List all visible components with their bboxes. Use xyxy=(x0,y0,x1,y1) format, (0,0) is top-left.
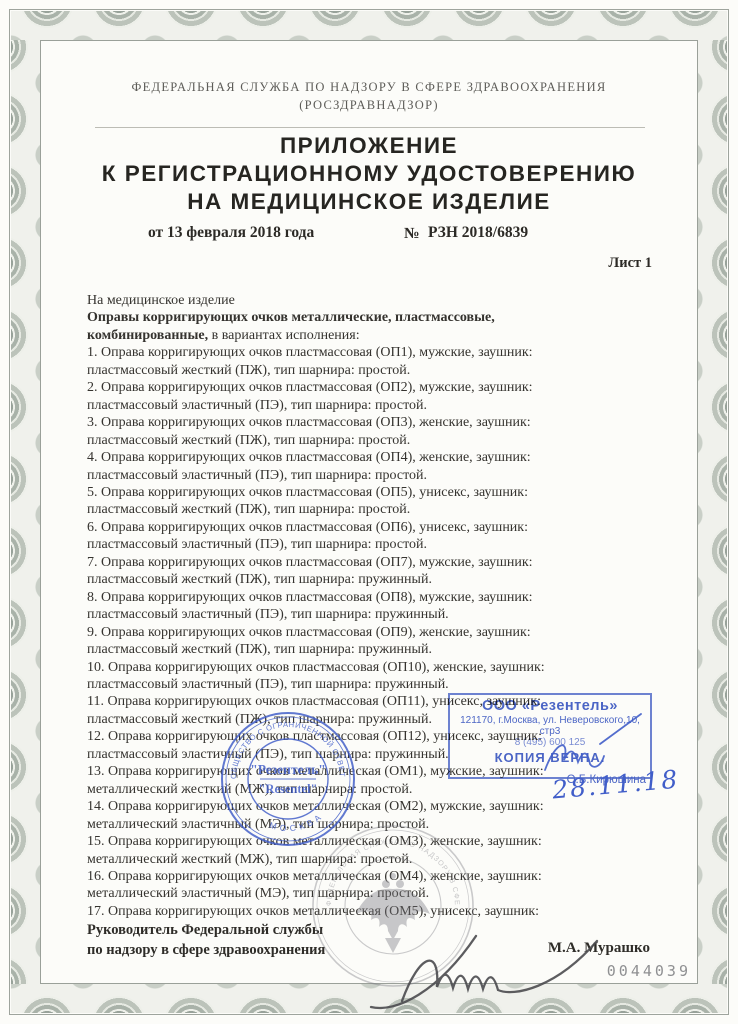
copy-certified-stamp: ООО «Резентель» 121170, г.Москва, ул. Не… xyxy=(448,693,652,779)
list-item: 10. Оправа корригирующих очков пластмасс… xyxy=(87,659,665,694)
list-item-line: пластмассовый эластичный (ПЭ), тип шарни… xyxy=(87,467,665,484)
document-body: На медицинское изделие Оправы корригирую… xyxy=(87,292,665,920)
list-item-line: 6. Оправа корригирующих очков пластмассо… xyxy=(87,519,665,536)
list-item-line: 8. Оправа корригирующих очков пластмассо… xyxy=(87,589,665,606)
body-intro: На медицинское изделие xyxy=(87,292,665,309)
stamp-company-name: ООО «Резентель» xyxy=(450,698,650,714)
border-guilloche-right xyxy=(698,11,727,1013)
issue-date: от 13 февраля 2018 года xyxy=(148,224,314,242)
list-item: 17. Оправа корригирующих очков металличе… xyxy=(87,903,665,920)
form-serial-number: 0044039 xyxy=(607,962,691,980)
list-item: 6. Оправа корригирующих очков пластмассо… xyxy=(87,519,665,554)
border-guilloche-left xyxy=(11,11,40,1013)
issuing-authority-line1: ФЕДЕРАЛЬНАЯ СЛУЖБА ПО НАДЗОРУ В СФЕРЕ ЗД… xyxy=(60,78,678,96)
list-item-line: пластмассовый жесткий (ПЖ), тип шарнира:… xyxy=(87,571,665,588)
stamp-copy-verna: КОПИЯ ВЕРНА. xyxy=(450,750,650,765)
list-item-line: 10. Оправа корригирующих очков пластмасс… xyxy=(87,659,665,676)
list-item-line: металлический эластичный (МЭ), тип шарни… xyxy=(87,816,665,833)
list-item: 1. Оправа корригирующих очков пластмассо… xyxy=(87,344,665,379)
signer-title-line2: по надзору в сфере здравоохранения xyxy=(87,941,325,961)
list-item-line: пластмассовый жесткий (ПЖ), тип шарнира:… xyxy=(87,641,665,658)
list-item: 9. Оправа корригирующих очков пластмассо… xyxy=(87,624,665,659)
list-item-line: пластмассовый эластичный (ПЭ), тип шарни… xyxy=(87,536,665,553)
list-item-line: 4. Оправа корригирующих очков пластмассо… xyxy=(87,449,665,466)
list-item: 15. Оправа корригирующих очков металличе… xyxy=(87,833,665,868)
scanned-certificate-page: ФЕДЕРАЛЬНАЯ СЛУЖБА ПО НАДЗОРУ В СФЕРЕ ЗД… xyxy=(0,0,738,1024)
list-item: 5. Оправа корригирующих очков пластмассо… xyxy=(87,484,665,519)
list-item-line: пластмассовый жесткий (ПЖ), тип шарнира:… xyxy=(87,501,665,518)
product-name-line2: комбинированные, в вариантах исполнения: xyxy=(87,327,665,344)
number-sign: № xyxy=(404,225,420,243)
document-title: ПРИЛОЖЕНИЕ К РЕГИСТРАЦИОННОМУ УДОСТОВЕРЕ… xyxy=(50,132,688,215)
document-title-line2: К РЕГИСТРАЦИОННОМУ УДОСТОВЕРЕНИЮ xyxy=(50,160,688,188)
list-item-line: 9. Оправа корригирующих очков пластмассо… xyxy=(87,624,665,641)
list-item-line: металлический жесткий (МЖ), тип шарнира:… xyxy=(87,851,665,868)
product-name-line1: Оправы корригирующих очков металлические… xyxy=(87,309,665,326)
document-title-line3: НА МЕДИЦИНСКОЕ ИЗДЕЛИЕ xyxy=(50,188,688,216)
sheet-number: Лист 1 xyxy=(608,255,652,272)
list-item: 16. Оправа корригирующих очков металличе… xyxy=(87,868,665,903)
list-item-line: 17. Оправа корригирующих очков металличе… xyxy=(87,903,665,920)
signer-title: Руководитель Федеральной службы по надзо… xyxy=(87,921,325,960)
list-item-line: пластмассовый жесткий (ПЖ), тип шарнира:… xyxy=(87,432,665,449)
list-item-line: 15. Оправа корригирующих очков металличе… xyxy=(87,833,665,850)
border-guilloche-bottom xyxy=(11,984,727,1013)
list-item-line: металлический эластичный (МЭ), тип шарни… xyxy=(87,885,665,902)
list-item-line: пластмассовый эластичный (ПЭ), тип шарни… xyxy=(87,676,665,693)
list-item-line: пластмассовый эластичный (ПЭ), тип шарни… xyxy=(87,397,665,414)
list-item: 7. Оправа корригирующих очков пластмассо… xyxy=(87,554,665,589)
stamp-address: 121170, г.Москва, ул. Неверовского,10, с… xyxy=(450,715,650,737)
list-item-line: 16. Оправа корригирующих очков металличе… xyxy=(87,868,665,885)
list-item-line: 5. Оправа корригирующих очков пластмассо… xyxy=(87,484,665,501)
product-name-bold: комбинированные, xyxy=(87,328,208,343)
list-item: 14. Оправа корригирующих очков металличе… xyxy=(87,798,665,833)
signer-title-line1: Руководитель Федеральной службы xyxy=(87,921,325,941)
signer-name: М.А. Мурашко xyxy=(548,940,650,957)
list-item-line: 3. Оправа корригирующих очков пластмассо… xyxy=(87,414,665,431)
document-title-line1: ПРИЛОЖЕНИЕ xyxy=(50,132,688,160)
issuing-authority: ФЕДЕРАЛЬНАЯ СЛУЖБА ПО НАДЗОРУ В СФЕРЕ ЗД… xyxy=(60,78,678,114)
list-item: 2. Оправа корригирующих очков пластмассо… xyxy=(87,379,665,414)
product-name-rest: в вариантах исполнения: xyxy=(208,328,359,343)
list-item-line: пластмассовый жесткий (ПЖ), тип шарнира:… xyxy=(87,362,665,379)
list-item-line: 2. Оправа корригирующих очков пластмассо… xyxy=(87,379,665,396)
list-item-line: пластмассовый эластичный (ПЭ), тип шарни… xyxy=(87,606,665,623)
list-item: 3. Оправа корригирующих очков пластмассо… xyxy=(87,414,665,449)
issuing-authority-line2: (РОСЗДРАВНАДЗОР) xyxy=(60,96,678,114)
header-divider xyxy=(95,127,645,128)
list-item-line: 1. Оправа корригирующих очков пластмассо… xyxy=(87,344,665,361)
list-item: 8. Оправа корригирующих очков пластмассо… xyxy=(87,589,665,624)
list-item: 4. Оправа корригирующих очков пластмассо… xyxy=(87,449,665,484)
list-item-line: 7. Оправа корригирующих очков пластмассо… xyxy=(87,554,665,571)
stamp-phone: 8 (495) 600 125 xyxy=(450,737,650,748)
border-guilloche-top xyxy=(11,11,727,40)
registration-number: РЗН 2018/6839 xyxy=(428,224,528,242)
